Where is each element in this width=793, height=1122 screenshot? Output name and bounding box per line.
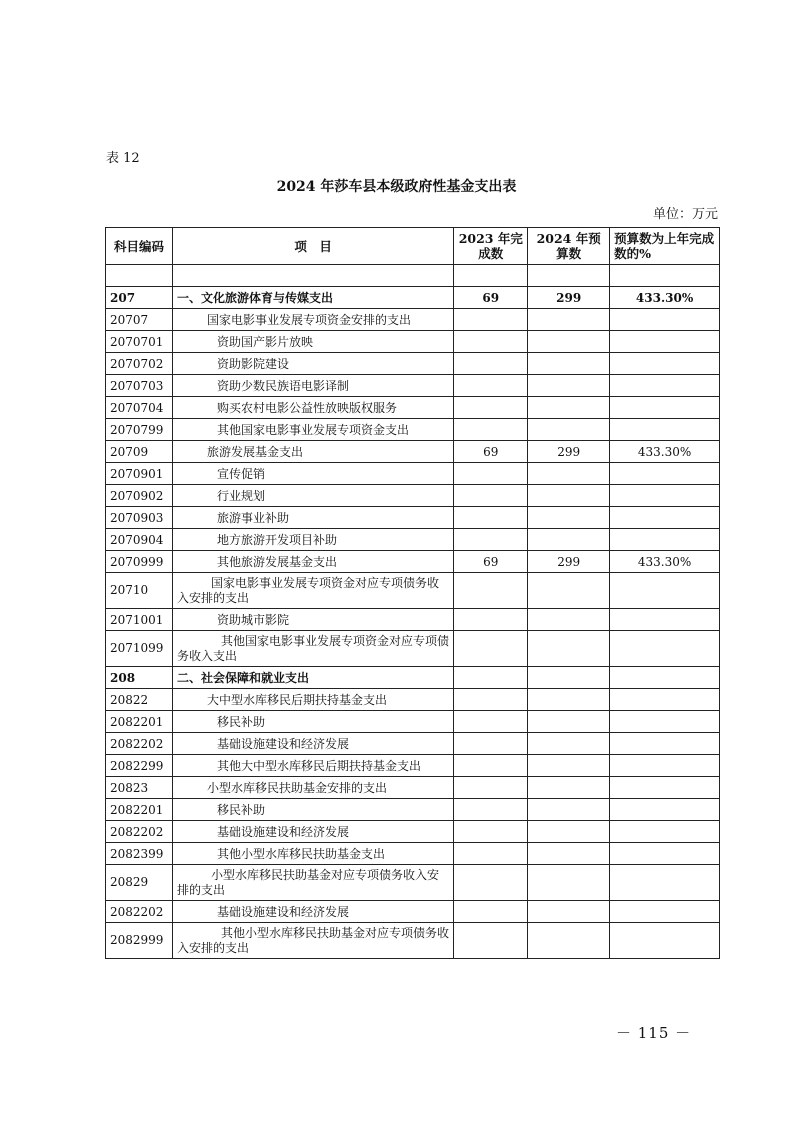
prev-cell <box>454 463 528 485</box>
code-cell: 2082202 <box>106 901 173 923</box>
item-cell: 购买农村电影公益性放映版权服务 <box>172 397 453 419</box>
code-cell: 2070799 <box>106 419 173 441</box>
table-row: 2071099其他国家电影事业发展专项资金对应专项债务收入支出 <box>106 631 720 667</box>
pct-cell <box>610 609 720 631</box>
prev-cell <box>454 923 528 959</box>
prev-cell <box>454 507 528 529</box>
item-cell: 大中型水库移民后期扶持基金支出 <box>172 689 453 711</box>
table-row: 2070704购买农村电影公益性放映版权服务 <box>106 397 720 419</box>
budget-cell <box>528 507 610 529</box>
prev-cell <box>454 901 528 923</box>
header-prev: 2023 年完成数 <box>454 228 528 265</box>
code-cell: 2070902 <box>106 485 173 507</box>
budget-cell <box>528 667 610 689</box>
prev-cell <box>454 777 528 799</box>
prev-cell <box>454 375 528 397</box>
header-budget: 2024 年预算数 <box>528 228 610 265</box>
table-row: 20823小型水库移民扶助基金安排的支出 <box>106 777 720 799</box>
prev-cell <box>454 799 528 821</box>
code-cell: 2070703 <box>106 375 173 397</box>
table-row: 2082202基础设施建设和经济发展 <box>106 733 720 755</box>
code-cell: 2070903 <box>106 507 173 529</box>
prev-cell: 69 <box>454 287 528 309</box>
prev-cell <box>454 843 528 865</box>
item-cell: 小型水库移民扶助基金对应专项债务收入安排的支出 <box>172 865 453 901</box>
table-row <box>106 265 720 287</box>
prev-cell <box>454 667 528 689</box>
table-row: 2082399其他小型水库移民扶助基金支出 <box>106 843 720 865</box>
pct-cell <box>610 865 720 901</box>
budget-cell <box>528 485 610 507</box>
table-row: 20709旅游发展基金支出69299433.30% <box>106 441 720 463</box>
pct-cell <box>610 353 720 375</box>
table-row: 208二、社会保障和就业支出 <box>106 667 720 689</box>
code-cell: 20823 <box>106 777 173 799</box>
table-row: 2070703资助少数民族语电影译制 <box>106 375 720 397</box>
table-label: 表 12 <box>106 147 140 166</box>
item-cell: 旅游事业补助 <box>172 507 453 529</box>
pct-cell <box>610 843 720 865</box>
code-cell: 208 <box>106 667 173 689</box>
code-cell: 20829 <box>106 865 173 901</box>
prev-cell <box>454 485 528 507</box>
page-title: 2024 年莎车县本级政府性基金支出表 <box>0 176 793 196</box>
table-row: 2070901宣传促销 <box>106 463 720 485</box>
table-row: 2071001资助城市影院 <box>106 609 720 631</box>
prev-cell <box>454 573 528 609</box>
prev-cell <box>454 755 528 777</box>
prev-cell <box>454 331 528 353</box>
budget-cell <box>528 777 610 799</box>
budget-cell <box>528 865 610 901</box>
item-cell: 基础设施建设和经济发展 <box>172 733 453 755</box>
pct-cell: 433.30% <box>610 551 720 573</box>
code-cell: 2070904 <box>106 529 173 551</box>
table-row: 2070701资助国产影片放映 <box>106 331 720 353</box>
item-cell: 国家电影事业发展专项资金对应专项债务收入安排的支出 <box>172 573 453 609</box>
pct-cell <box>610 309 720 331</box>
budget-cell: 299 <box>528 441 610 463</box>
pct-cell <box>610 419 720 441</box>
code-cell: 2082299 <box>106 755 173 777</box>
prev-cell <box>454 865 528 901</box>
pct-cell <box>610 529 720 551</box>
table-row: 2070902行业规划 <box>106 485 720 507</box>
budget-cell <box>528 609 610 631</box>
pct-cell <box>610 901 720 923</box>
table-row: 2082999其他小型水库移民扶助基金对应专项债务收入安排的支出 <box>106 923 720 959</box>
prev-cell: 69 <box>454 551 528 573</box>
code-cell: 2082201 <box>106 799 173 821</box>
pct-cell <box>610 777 720 799</box>
item-cell: 资助城市影院 <box>172 609 453 631</box>
pct-cell <box>610 631 720 667</box>
pct-cell <box>610 573 720 609</box>
pct-cell <box>610 265 720 287</box>
budget-cell <box>528 901 610 923</box>
table-row: 2082202基础设施建设和经济发展 <box>106 821 720 843</box>
budget-cell <box>528 463 610 485</box>
budget-cell <box>528 631 610 667</box>
item-cell: 宣传促销 <box>172 463 453 485</box>
pct-cell <box>610 397 720 419</box>
item-cell: 移民补助 <box>172 799 453 821</box>
item-cell: 其他大中型水库移民后期扶持基金支出 <box>172 755 453 777</box>
table-row: 2070799其他国家电影事业发展专项资金支出 <box>106 419 720 441</box>
code-cell: 2082202 <box>106 733 173 755</box>
prev-cell <box>454 529 528 551</box>
budget-cell <box>528 843 610 865</box>
budget-cell <box>528 419 610 441</box>
budget-cell <box>528 331 610 353</box>
table-row: 2082299其他大中型水库移民后期扶持基金支出 <box>106 755 720 777</box>
prev-cell: 69 <box>454 441 528 463</box>
pct-cell <box>610 375 720 397</box>
item-cell: 国家电影事业发展专项资金安排的支出 <box>172 309 453 331</box>
budget-cell: 299 <box>528 287 610 309</box>
prev-cell <box>454 397 528 419</box>
pct-cell <box>610 507 720 529</box>
code-cell: 2070999 <box>106 551 173 573</box>
header-code: 科目编码 <box>106 228 173 265</box>
item-cell: 地方旅游开发项目补助 <box>172 529 453 551</box>
pct-cell <box>610 463 720 485</box>
item-cell: 行业规划 <box>172 485 453 507</box>
prev-cell <box>454 265 528 287</box>
code-cell <box>106 265 173 287</box>
budget-cell <box>528 353 610 375</box>
code-cell: 20707 <box>106 309 173 331</box>
code-cell: 2082399 <box>106 843 173 865</box>
pct-cell: 433.30% <box>610 287 720 309</box>
item-cell: 其他小型水库移民扶助基金支出 <box>172 843 453 865</box>
budget-cell <box>528 821 610 843</box>
budget-cell <box>528 711 610 733</box>
item-cell: 其他旅游发展基金支出 <box>172 551 453 573</box>
pct-cell <box>610 821 720 843</box>
prev-cell <box>454 711 528 733</box>
budget-cell <box>528 397 610 419</box>
item-cell: 资助影院建设 <box>172 353 453 375</box>
prev-cell <box>454 609 528 631</box>
prev-cell <box>454 309 528 331</box>
code-cell: 2082201 <box>106 711 173 733</box>
budget-cell <box>528 309 610 331</box>
fund-expenditure-table: 科目编码 项 目 2023 年完成数 2024 年预算数 预算数为上年完成数的%… <box>105 227 720 959</box>
code-cell: 20710 <box>106 573 173 609</box>
budget-cell <box>528 799 610 821</box>
item-cell: 其他国家电影事业发展专项资金支出 <box>172 419 453 441</box>
item-cell <box>172 265 453 287</box>
code-cell: 20709 <box>106 441 173 463</box>
pct-cell: 433.30% <box>610 441 720 463</box>
table-row: 2070999其他旅游发展基金支出69299433.30% <box>106 551 720 573</box>
prev-cell <box>454 419 528 441</box>
pct-cell <box>610 755 720 777</box>
item-cell: 一、文化旅游体育与传媒支出 <box>172 287 453 309</box>
code-cell: 2082999 <box>106 923 173 959</box>
code-cell: 2070704 <box>106 397 173 419</box>
code-cell: 20822 <box>106 689 173 711</box>
code-cell: 2082202 <box>106 821 173 843</box>
page-number: － 115 － <box>616 1022 691 1043</box>
item-cell: 旅游发展基金支出 <box>172 441 453 463</box>
prev-cell <box>454 733 528 755</box>
item-cell: 资助少数民族语电影译制 <box>172 375 453 397</box>
pct-cell <box>610 923 720 959</box>
unit-label: 单位：万元 <box>653 203 718 222</box>
code-cell: 2070901 <box>106 463 173 485</box>
budget-cell <box>528 375 610 397</box>
budget-cell <box>528 265 610 287</box>
table-row: 2082201移民补助 <box>106 799 720 821</box>
table-row: 2082202基础设施建设和经济发展 <box>106 901 720 923</box>
item-cell: 移民补助 <box>172 711 453 733</box>
budget-cell <box>528 755 610 777</box>
table-row: 20707国家电影事业发展专项资金安排的支出 <box>106 309 720 331</box>
budget-cell <box>528 733 610 755</box>
item-cell: 资助国产影片放映 <box>172 331 453 353</box>
item-cell: 基础设施建设和经济发展 <box>172 821 453 843</box>
item-cell: 二、社会保障和就业支出 <box>172 667 453 689</box>
table-row: 2070702资助影院建设 <box>106 353 720 375</box>
item-cell: 其他国家电影事业发展专项资金对应专项债务收入支出 <box>172 631 453 667</box>
table-row: 2082201移民补助 <box>106 711 720 733</box>
prev-cell <box>454 631 528 667</box>
budget-cell <box>528 689 610 711</box>
prev-cell <box>454 689 528 711</box>
table-row: 2070904地方旅游开发项目补助 <box>106 529 720 551</box>
budget-cell <box>528 573 610 609</box>
pct-cell <box>610 711 720 733</box>
pct-cell <box>610 331 720 353</box>
code-cell: 2071001 <box>106 609 173 631</box>
code-cell: 2070702 <box>106 353 173 375</box>
header-item: 项 目 <box>172 228 453 265</box>
item-cell: 其他小型水库移民扶助基金对应专项债务收入安排的支出 <box>172 923 453 959</box>
pct-cell <box>610 667 720 689</box>
table-row: 20710国家电影事业发展专项资金对应专项债务收入安排的支出 <box>106 573 720 609</box>
budget-cell <box>528 923 610 959</box>
budget-cell <box>528 529 610 551</box>
code-cell: 2071099 <box>106 631 173 667</box>
pct-cell <box>610 485 720 507</box>
item-cell: 基础设施建设和经济发展 <box>172 901 453 923</box>
pct-cell <box>610 733 720 755</box>
table-row: 20829小型水库移民扶助基金对应专项债务收入安排的支出 <box>106 865 720 901</box>
code-cell: 2070701 <box>106 331 173 353</box>
header-pct: 预算数为上年完成数的% <box>610 228 720 265</box>
table-row: 20822大中型水库移民后期扶持基金支出 <box>106 689 720 711</box>
prev-cell <box>454 353 528 375</box>
prev-cell <box>454 821 528 843</box>
item-cell: 小型水库移民扶助基金安排的支出 <box>172 777 453 799</box>
budget-cell: 299 <box>528 551 610 573</box>
table-header-row: 科目编码 项 目 2023 年完成数 2024 年预算数 预算数为上年完成数的% <box>106 228 720 265</box>
code-cell: 207 <box>106 287 173 309</box>
table-row: 2070903旅游事业补助 <box>106 507 720 529</box>
pct-cell <box>610 799 720 821</box>
table-row: 207一、文化旅游体育与传媒支出69299433.30% <box>106 287 720 309</box>
pct-cell <box>610 689 720 711</box>
